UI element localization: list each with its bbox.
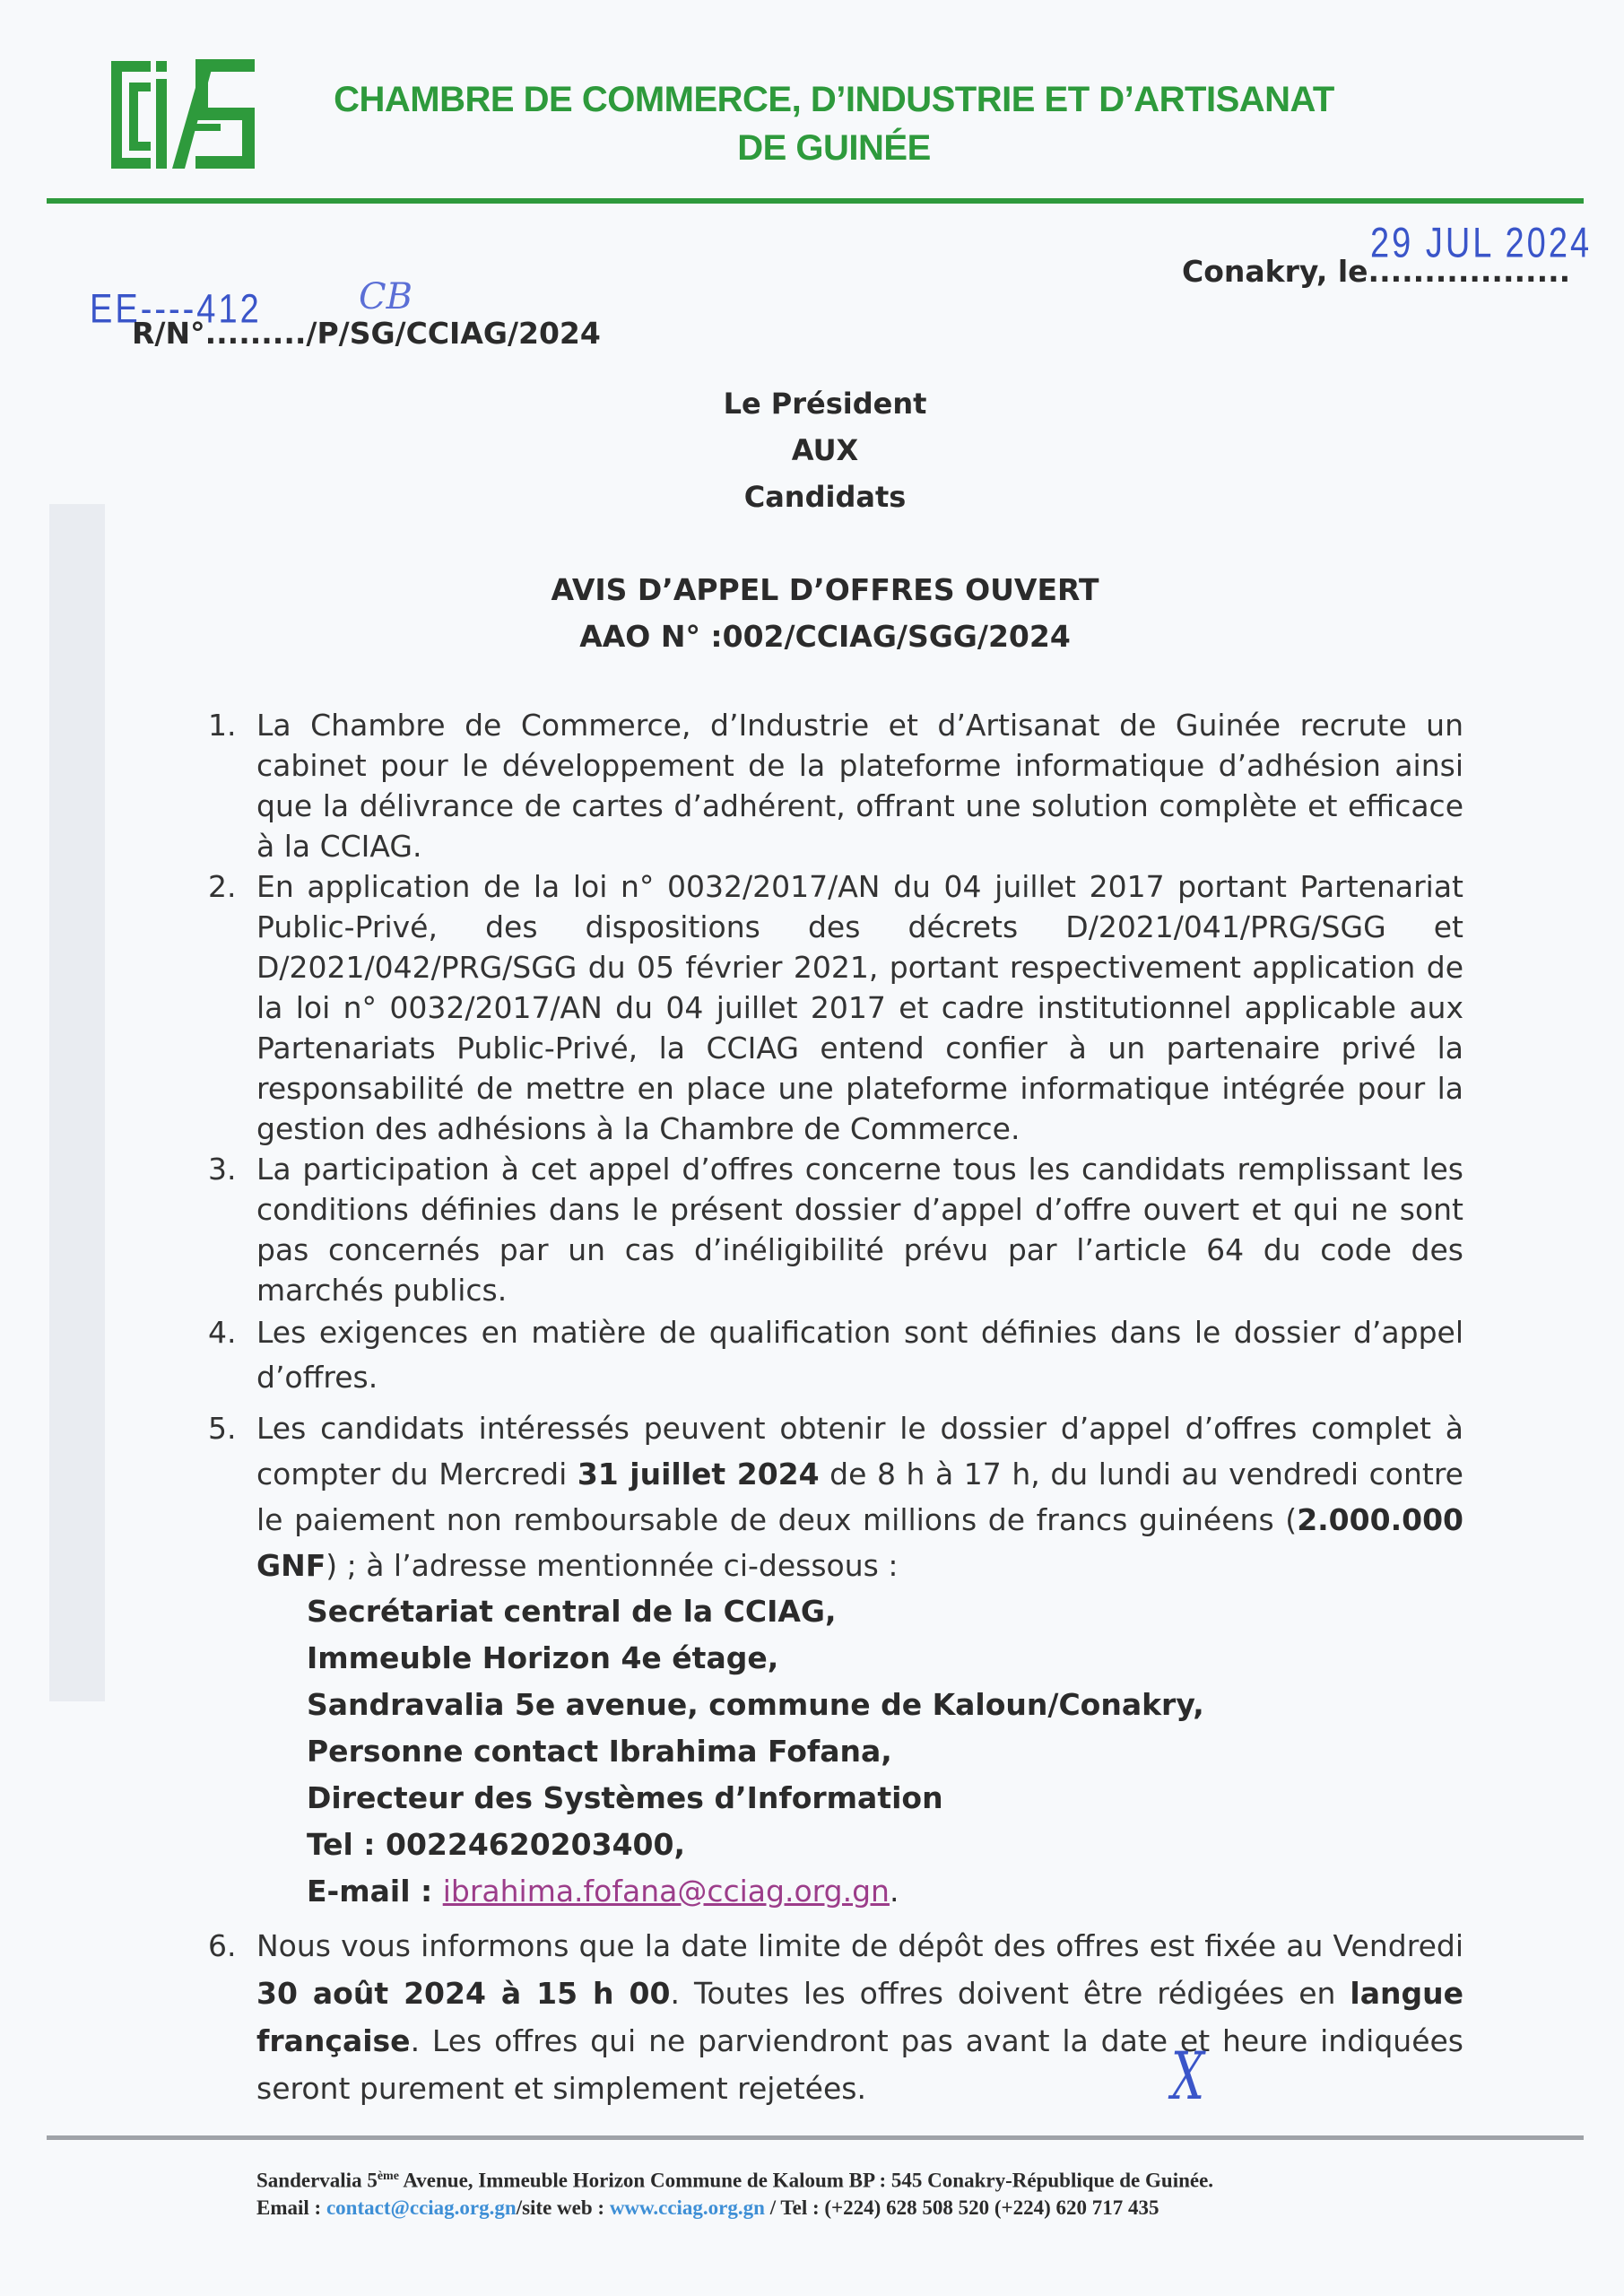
footer-text: Email : — [256, 2196, 326, 2219]
footer-divider — [47, 2135, 1584, 2140]
paragraph-number: 1. — [208, 705, 237, 745]
footer-text: Sandervalia 5 — [256, 2170, 378, 2192]
paragraph-5: 5. Les candidats intéressés peuvent obte… — [208, 1405, 1463, 1915]
paragraph-text: . Les offres qui ne parviendront pas ava… — [256, 2023, 1463, 2106]
paragraph-text: La Chambre de Commerce, d’Industrie et d… — [256, 708, 1463, 864]
paragraph-number: 5. — [208, 1405, 237, 1451]
sender: Le Président — [448, 380, 1202, 427]
paragraph-text: . Toutes les offres doivent être rédigée… — [670, 1976, 1350, 2011]
handwritten-initials: CB — [359, 276, 413, 317]
start-date: 31 juillet 2024 — [578, 1457, 820, 1492]
paragraph-4: 4. Les exigences en matière de qualifica… — [208, 1310, 1463, 1400]
scan-artifact-bar — [49, 504, 105, 1701]
paragraph-number: 3. — [208, 1149, 237, 1189]
paragraph-2: 2. En application de la loi n° 0032/2017… — [208, 866, 1463, 1149]
footer-phone: / Tel : (+224) 628 508 520 (+224) 620 71… — [765, 2196, 1159, 2219]
paragraph-text: Les exigences en matière de qualificatio… — [256, 1315, 1463, 1395]
addressee-block: Le Président AUX Candidats — [448, 380, 1202, 520]
punctuation: . — [890, 1874, 899, 1909]
address-line: Immeuble Horizon 4e étage, — [307, 1635, 1463, 1682]
footer: Sandervalia 5ème Avenue, Immeuble Horizo… — [256, 2163, 1467, 2222]
footer-text: Avenue, Immeuble Horizon Commune de Kalo… — [399, 2170, 1213, 2192]
address-line: Secrétariat central de la CCIAG, — [307, 1588, 1463, 1635]
contact-email-link[interactable]: ibrahima.fofana@cciag.org.gn — [443, 1874, 890, 1909]
header-divider — [47, 198, 1584, 204]
address-line: Tel : 00224620203400, — [307, 1822, 1463, 1868]
org-title-line2: DE GUINÉE — [296, 124, 1372, 172]
paragraph-number: 6. — [208, 1922, 237, 1970]
subject-block: AVIS D’APPEL D’OFFRES OUVERT AAO N° :002… — [448, 567, 1202, 660]
paragraph-text: Nous vous informons que la date limite d… — [256, 1928, 1463, 1963]
footer-email-link[interactable]: contact@cciag.org.gn — [326, 2196, 517, 2219]
footer-text: /site web : — [517, 2196, 610, 2219]
contact-address: Secrétariat central de la CCIAG, Immeubl… — [256, 1588, 1463, 1915]
email-label: E-mail : — [307, 1874, 443, 1909]
address-line: Directeur des Systèmes d’Information — [307, 1775, 1463, 1822]
recipients: Candidats — [448, 474, 1202, 520]
paragraph-6: 6. Nous vous informons que la date limit… — [208, 1922, 1463, 2112]
paragraph-number: 2. — [208, 866, 237, 907]
paragraph-1: 1. La Chambre de Commerce, d’Industrie e… — [208, 705, 1463, 866]
footer-address: Sandervalia 5ème Avenue, Immeuble Horizo… — [256, 2163, 1467, 2195]
paragraph-text: ) ; à l’adresse mentionnée ci-dessous : — [326, 1548, 898, 1583]
org-title-line1: CHAMBRE DE COMMERCE, D’INDUSTRIE ET D’AR… — [296, 75, 1372, 124]
addressee-to: AUX — [448, 427, 1202, 474]
footer-superscript: ème — [378, 2170, 399, 2183]
paragraph-text: La participation à cet appel d’offres co… — [256, 1152, 1463, 1308]
paragraph-text: En application de la loi n° 0032/2017/AN… — [256, 869, 1463, 1146]
address-line: Sandravalia 5e avenue, commune de Kaloun… — [307, 1682, 1463, 1728]
notice-paragraphs: 1. La Chambre de Commerce, d’Industrie e… — [208, 705, 1463, 2112]
address-line: Personne contact Ibrahima Fofana, — [307, 1728, 1463, 1775]
subject-reference: AAO N° :002/CCIAG/SGG/2024 — [448, 613, 1202, 660]
deadline: 30 août 2024 à 15 h 00 — [256, 1976, 670, 2011]
footer-contact: Email : contact@cciag.org.gn/site web : … — [256, 2195, 1467, 2222]
place-date-line: Conakry, le.................. — [1182, 254, 1570, 289]
footer-website-link[interactable]: www.cciag.org.gn — [610, 2196, 765, 2219]
cciag-logo-icon — [109, 57, 260, 172]
organization-title: CHAMBRE DE COMMERCE, D’INDUSTRIE ET D’AR… — [296, 75, 1372, 172]
reference-number: R/N°........./P/SG/CCIAG/2024 — [132, 316, 601, 351]
email-line: E-mail : ibrahima.fofana@cciag.org.gn. — [307, 1868, 1463, 1915]
subject-title: AVIS D’APPEL D’OFFRES OUVERT — [448, 567, 1202, 613]
paragraph-number: 4. — [208, 1310, 237, 1355]
paragraph-3: 3. La participation à cet appel d’offres… — [208, 1149, 1463, 1310]
handwritten-signature-mark: X — [1171, 2039, 1204, 2115]
